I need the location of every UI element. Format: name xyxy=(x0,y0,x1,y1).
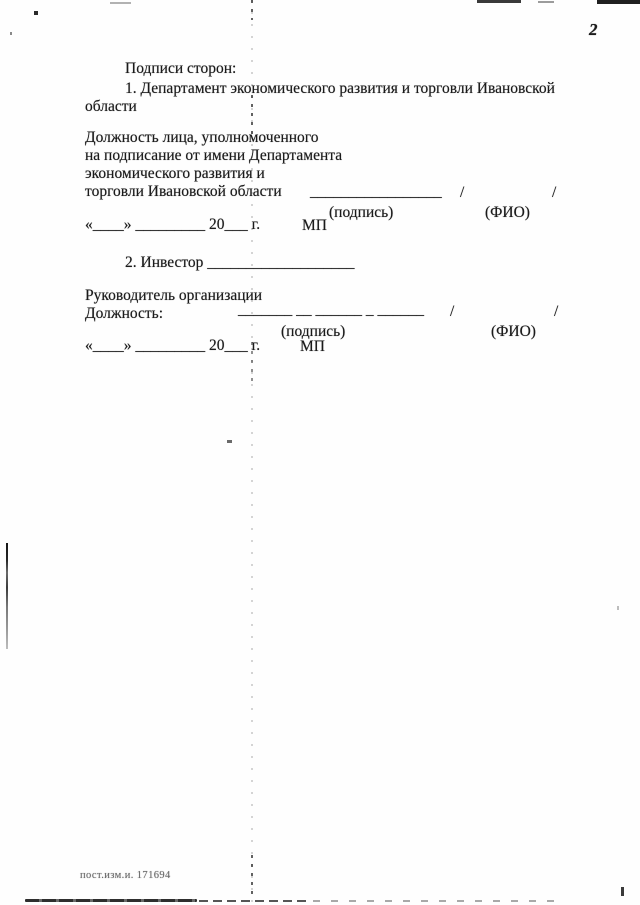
party2-date-blank: «____» _________ 20___ г. xyxy=(85,337,260,355)
fold-line-segment xyxy=(251,855,253,899)
scanned-document-page: 2 Подписи сторон: 1. Департамент экономи… xyxy=(0,0,640,905)
party2-slash-1: / xyxy=(450,303,454,321)
party1-role-line: экономического развития и xyxy=(85,165,342,183)
party2-signature-blank: _______ __ ______ _ ______ xyxy=(238,301,424,319)
party1-signature-blank: _________________ xyxy=(310,183,442,201)
party1-stamp-placeholder: МП xyxy=(302,217,327,235)
section-title: Подписи сторон: xyxy=(125,60,236,78)
party1-signer-role: Должность лица, уполномоченного на подпи… xyxy=(85,129,342,201)
scan-band-bottom-2 xyxy=(199,900,311,902)
party1-heading-line2: области xyxy=(85,98,137,116)
party1-role-line: Должность лица, уполномоченного xyxy=(85,129,342,147)
party2-role-line2: Должность: xyxy=(85,305,163,323)
party1-signature-caption: (подпись) xyxy=(329,204,393,222)
party2-stamp-placeholder: МП xyxy=(300,338,325,356)
scan-mark-top-left-dash xyxy=(110,2,131,4)
party2-role-line1: Руководитель организации xyxy=(85,287,262,305)
party1-name-caption: (ФИО) xyxy=(485,204,530,222)
scan-speck-right xyxy=(617,606,619,610)
scan-speck-middle xyxy=(227,440,232,443)
scan-band-bottom-1 xyxy=(25,899,197,902)
party1-date-blank: «____» _________ 20___ г. xyxy=(85,216,260,234)
party2-slash-2: / xyxy=(554,303,558,321)
page-number: 2 xyxy=(589,20,598,40)
scan-tick-bottom-right xyxy=(621,887,624,896)
party2-name-caption: (ФИО) xyxy=(491,323,536,341)
party1-slash-2: / xyxy=(552,184,556,202)
scan-mark-top-edge-dash xyxy=(538,1,554,3)
scan-mark-top-edge-bar-2 xyxy=(597,0,640,4)
party1-heading-line1: 1. Департамент экономического развития и… xyxy=(125,80,555,98)
scan-mark-top-edge-bar-1 xyxy=(477,0,521,3)
scan-line-left-edge xyxy=(6,543,8,649)
party1-slash-1: / xyxy=(460,184,464,202)
party1-role-line: торговли Ивановской области xyxy=(85,183,342,201)
scan-band-bottom-3 xyxy=(313,900,565,902)
fold-line-segment xyxy=(251,0,253,20)
party2-heading: 2. Инвестор ___________________ xyxy=(125,254,355,272)
scan-speck-top-left xyxy=(34,11,38,15)
scan-speck-left xyxy=(10,32,12,35)
party1-role-line: на подписание от имени Департамента xyxy=(85,147,342,165)
footer-stamp-code: пост.изм.и. 171694 xyxy=(80,870,171,881)
